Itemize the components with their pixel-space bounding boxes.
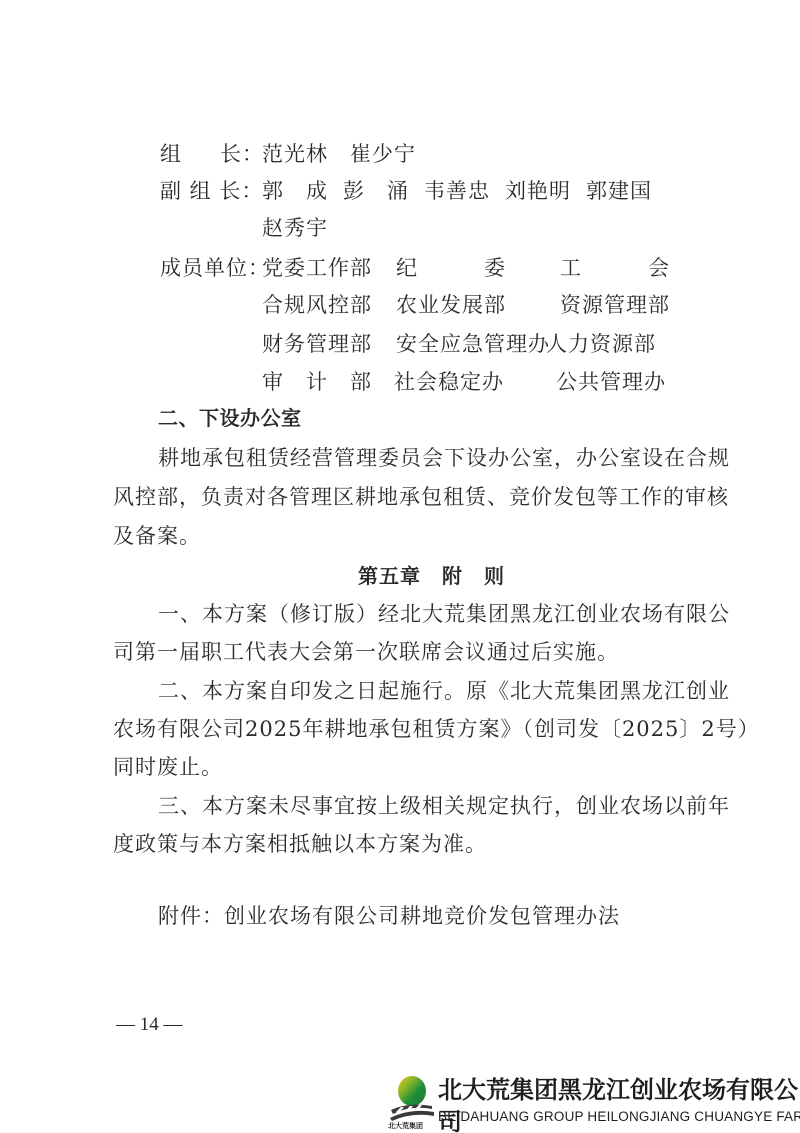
- paragraph-line: 三、本方案未尽事宜按上级相关规定执行，创业农场以前年: [158, 792, 730, 820]
- member-unit: 党委工作部: [262, 254, 372, 282]
- footer-company-logo: 北大荒集团 北大荒集团黑龙江创业农场有限公司 BEIDAHUANG GROUP …: [388, 1074, 798, 1132]
- paragraph-line: 耕地承包租赁经营管理委员会下设办公室，办公室设在合规: [158, 444, 730, 472]
- page-number: — 14 —: [116, 1014, 183, 1036]
- deputy-name: 刘艳明: [505, 177, 571, 205]
- deputy-name: 彭 涌: [343, 177, 409, 205]
- member-unit: 工 会: [560, 254, 670, 282]
- document-page: 组 长： 范光林 崔少宁 副 组 长： 郭 成 彭 涌 韦善忠 刘艳明 郭建国 …: [0, 0, 800, 1133]
- deputy-label: 副 组 长：: [160, 177, 263, 205]
- deputy-name: 韦善忠: [424, 177, 490, 205]
- member-unit: 安全应急管理办: [396, 330, 550, 358]
- member-unit: 资源管理部: [560, 291, 670, 319]
- member-unit: 人力资源部: [546, 330, 656, 358]
- deputy-name: 郭 成: [262, 177, 328, 205]
- paragraph-line: 一、本方案（修订版）经北大荒集团黑龙江创业农场有限公: [158, 600, 730, 628]
- paragraph-line: 度政策与本方案相抵触以本方案为准。: [113, 830, 487, 858]
- chapter-title: 第五章 附 则: [358, 562, 505, 590]
- leader-label-b: 长：: [220, 140, 264, 168]
- members-label: 成员单位：: [160, 254, 270, 282]
- logo-mark-caption: 北大荒集团: [388, 1121, 423, 1131]
- member-unit: 财务管理部: [262, 330, 372, 358]
- paragraph-line: 司第一届职工代表大会第一次联席会议通过后实施。: [113, 638, 619, 666]
- member-unit: 合规风控部: [262, 291, 372, 319]
- section-heading: 二、下设办公室: [158, 404, 302, 432]
- leader-names: 范光林 崔少宁: [262, 140, 416, 168]
- paragraph-line: 同时废止。: [113, 753, 223, 781]
- member-unit: 纪 委: [396, 254, 506, 282]
- deputy-name: 郭建国: [586, 177, 652, 205]
- member-unit: 社会稳定办: [394, 368, 504, 396]
- paragraph-line: 风控部，负责对各管理区耕地承包租赁、竞价发包等工作的审核: [113, 483, 729, 511]
- company-name-en: BEIDAHUANG GROUP HEILONGJIANG CHUANGYE F…: [438, 1108, 800, 1126]
- member-unit: 农业发展部: [396, 291, 506, 319]
- paragraph-line: 及备案。: [113, 522, 201, 550]
- deputy-name-cont: 赵秀宇: [262, 214, 328, 242]
- attachment-line: 附件：创业农场有限公司耕地竞价发包管理办法: [158, 902, 620, 930]
- paragraph-line: 农场有限公司2025年耕地承包租赁方案》（创司发〔2025〕2号）: [113, 715, 760, 743]
- paragraph-line: 二、本方案自印发之日起施行。原《北大荒集团黑龙江创业: [158, 677, 730, 705]
- member-unit: 审 计 部: [262, 368, 372, 396]
- leader-label-a: 组: [160, 140, 182, 168]
- member-unit: 公共管理办: [556, 368, 666, 396]
